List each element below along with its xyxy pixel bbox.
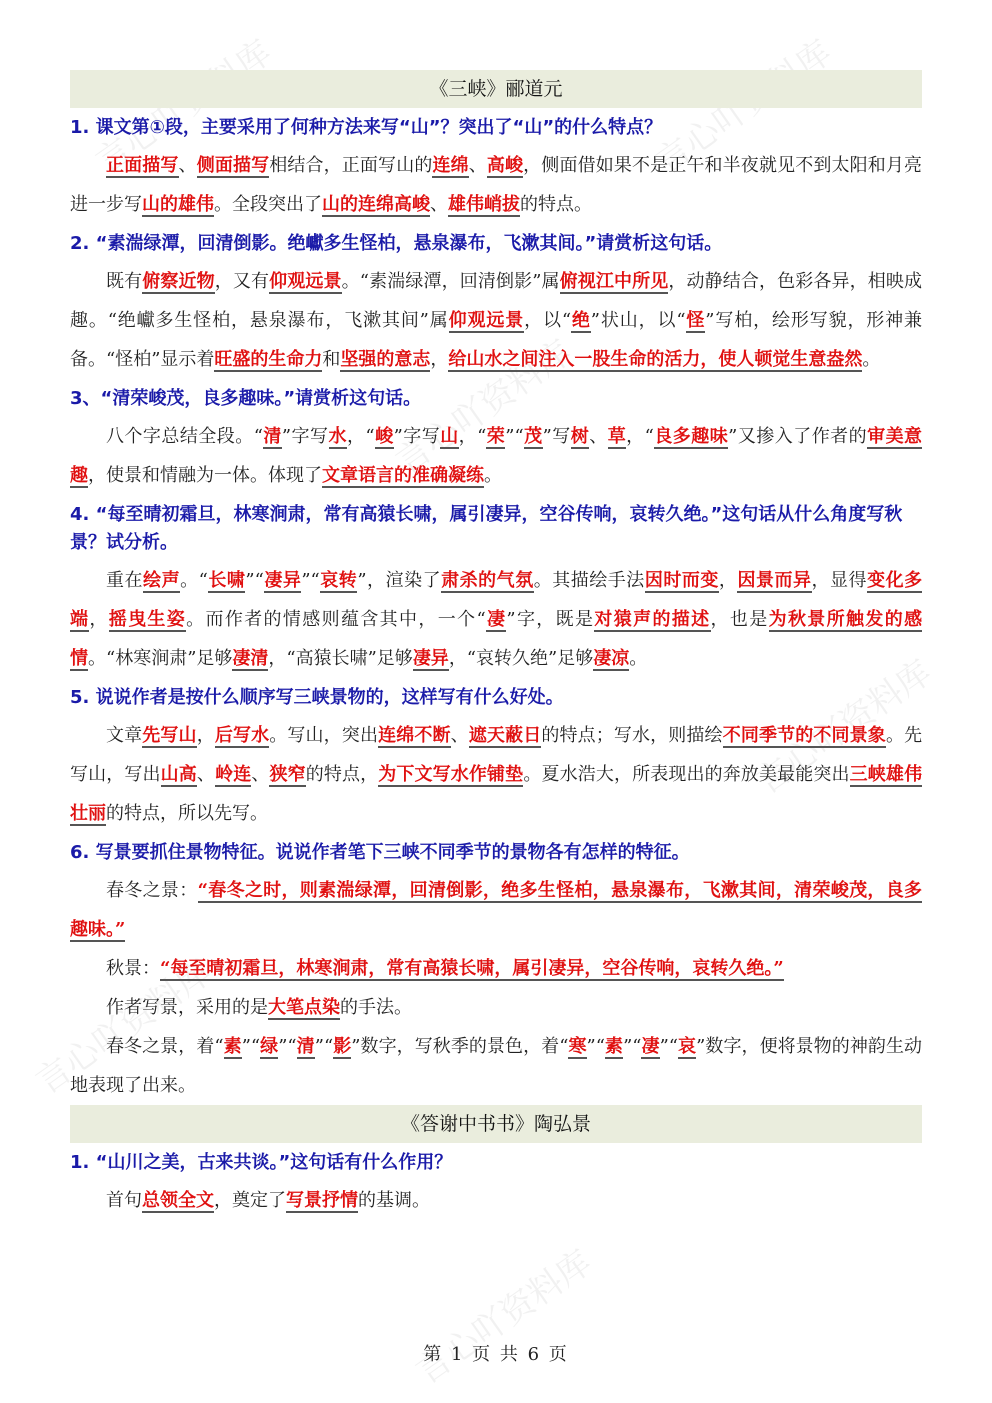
answer-text: 的特点。 — [520, 194, 592, 215]
answer-text: 相结合，正面写山的 — [269, 155, 432, 176]
answer-text: ”写 — [543, 426, 571, 447]
key-phrase: 凄异 — [413, 648, 449, 671]
answer-text: 文章 — [106, 725, 142, 746]
answer-text: ，显得 — [812, 570, 868, 591]
key-phrase: 哀转 — [320, 570, 358, 593]
section-title: 《三峡》郦道元 — [70, 70, 922, 108]
answer-text: 的特点；写水，则描绘 — [541, 725, 722, 746]
answer-text: 。 — [862, 349, 880, 370]
answer-text: ，奠定了 — [214, 1190, 286, 1211]
answer-text: ”“ — [245, 570, 263, 591]
key-phrase: 不同季节的不同景象 — [723, 725, 886, 748]
answer-text: ，“哀转久绝”足够 — [449, 648, 593, 669]
key-phrase: 正面描写 — [106, 155, 179, 178]
key-phrase: 高峻 — [487, 155, 523, 178]
answer-text: ，以“ — [524, 310, 571, 331]
key-phrase: 凄异 — [264, 570, 302, 593]
answer-text: ”“ — [242, 1036, 260, 1057]
key-phrase: 先写山 — [142, 725, 196, 748]
key-phrase: 给山水之间注入一股生命的活力，使人顿觉生意盎然 — [448, 349, 862, 372]
key-phrase: 摇曳生姿 — [109, 609, 186, 632]
answer-paragraph: 春冬之景，着“素”“绿”“清”“影”数字，写秋季的景色，着“寒”“素”“凄”“哀… — [70, 1027, 922, 1105]
answer-paragraph: 重在绘声。“长啸”“凄异”“哀转”，渲染了肃杀的气氛。其描绘手法因时而变，因景而… — [70, 561, 922, 678]
key-phrase: 茂 — [524, 426, 543, 449]
answer-paragraph: 文章先写山，后写水。写山，突出连绵不断、遮天蔽日的特点；写水，则描绘不同季节的不… — [70, 716, 922, 833]
answer-text: 、 — [451, 725, 469, 746]
key-phrase: 俯察近物 — [142, 271, 215, 294]
answer-text: ，“ — [626, 426, 654, 447]
key-phrase: 清 — [297, 1036, 315, 1059]
answer-text: ， — [197, 725, 215, 746]
answer-text: ，“ — [347, 426, 375, 447]
key-phrase: 旺盛的生命力 — [214, 349, 322, 372]
answer-text: 的特点， — [306, 764, 379, 785]
document-page: 《三峡》郦道元1. 课文第①段，主要采用了何种方法来写“山”？突出了“山”的什么… — [70, 70, 922, 1220]
answer-text: 、 — [589, 426, 607, 447]
question: 5. 说说作者是按什么顺序写三峡景物的，这样写有什么好处。 — [70, 684, 922, 712]
answer-text: 。写山，突出 — [269, 725, 378, 746]
answer-paragraph: 秋景：“每至晴初霜旦，林寒涧肃，常有高猿长啸，属引凄异，空谷传响，哀转久绝。” — [70, 949, 922, 988]
key-phrase: 大笔点染 — [268, 997, 340, 1020]
question: 4. “每至晴初霜旦，林寒涧肃，常有高猿长啸，属引凄异，空谷传响，哀转久绝。”这… — [70, 501, 922, 557]
question: 6. 写景要抓住景物特征。说说作者笔下三峡不同季节的景物各有怎样的特征。 — [70, 839, 922, 867]
answer-text: ”“ — [278, 1036, 296, 1057]
answer-paragraph: 既有俯察近物，又有仰观远景。“素湍绿潭，回清倒影”属俯视江中所见，动静结合，色彩… — [70, 262, 922, 379]
key-phrase: 树 — [571, 426, 589, 449]
key-phrase: 仰观远景 — [449, 310, 524, 333]
answer-text: 八个字总结全段。“ — [106, 426, 263, 447]
answer-text: ， — [719, 570, 738, 591]
key-phrase: 长啸 — [208, 570, 246, 593]
key-phrase: 良多趣味 — [654, 426, 728, 449]
key-phrase: 绿 — [260, 1036, 278, 1059]
answer-text: ”“ — [505, 426, 523, 447]
answer-text: 的基调。 — [358, 1190, 430, 1211]
answer-text: 重在 — [106, 570, 143, 591]
key-phrase: 山的雄伟 — [142, 194, 214, 217]
answer-paragraph: 春冬之景：“春冬之时，则素湍绿潭，回清倒影，绝多生怪柏，悬泉瀑布，飞漱其间，清荣… — [70, 871, 922, 949]
answer-paragraph: 作者写景，采用的是大笔点染的手法。 — [70, 988, 922, 1027]
answer-paragraph: 首句总领全文，奠定了写景抒情的基调。 — [70, 1181, 922, 1220]
key-phrase: 凄 — [486, 609, 507, 632]
answer-text: ”字写 — [394, 426, 441, 447]
section-title: 《答谢中书书》陶弘景 — [70, 1105, 922, 1143]
key-phrase: 狭窄 — [269, 764, 305, 787]
key-phrase: 俯视江中所见 — [560, 271, 669, 294]
answer-text: ”“ — [315, 1036, 333, 1057]
answer-text: ，“ — [459, 426, 487, 447]
key-phrase: “每至晴初霜旦，林寒涧肃，常有高猿长啸，属引凄异，空谷传响，哀转久绝。” — [160, 958, 784, 981]
answer-text: ，使景和情融为一体。体现了 — [88, 465, 322, 486]
answer-text: 和 — [322, 349, 340, 370]
key-phrase: 凄 — [641, 1036, 659, 1059]
key-phrase: 凄清 — [232, 648, 268, 671]
question: 2. “素湍绿潭，回清倒影。绝巘多生怪柏，悬泉瀑布，飞漱其间。”请赏析这句话。 — [70, 230, 922, 258]
answer-text: 。夏水浩大，所表现出的奔放美最能突出 — [523, 764, 849, 785]
key-phrase: 因时而变 — [645, 570, 719, 593]
question: 1. “山川之美，古来共谈。”这句话有什么作用？ — [70, 1149, 922, 1177]
key-phrase: 后写水 — [215, 725, 269, 748]
key-phrase: 仰观远景 — [269, 271, 342, 294]
answer-text: 、 — [430, 194, 448, 215]
answer-text: ，也是 — [711, 609, 769, 630]
answer-text: 、 — [251, 764, 269, 785]
page-footer: 第 1 页 共 6 页 — [0, 1340, 992, 1366]
answer-text: 的特点，所以先写。 — [106, 803, 268, 824]
key-phrase: 峻 — [375, 426, 394, 449]
key-phrase: 清 — [263, 426, 282, 449]
key-phrase: 对猿声的描述 — [594, 609, 710, 632]
key-phrase: 写景抒情 — [286, 1190, 358, 1213]
key-phrase: 肃杀的气氛 — [441, 570, 534, 593]
answer-text: 。而作者的情感则蕴含其中，一个“ — [186, 609, 486, 630]
answer-text: 。全段突出了 — [214, 194, 322, 215]
key-phrase: 凄凉 — [593, 648, 629, 671]
key-phrase: 绘声 — [143, 570, 180, 593]
answer-text: ”字，既是 — [506, 609, 594, 630]
key-phrase: 寒 — [568, 1036, 586, 1059]
answer-text: 。其描绘手法 — [534, 570, 645, 591]
answer-text: 。“林寒涧肃”足够 — [88, 648, 232, 669]
answer-text: ， — [430, 349, 448, 370]
answer-paragraph: 正面描写、侧面描写相结合，正面写山的连绵、高峻，侧面借如果不是正午和半夜就见不到… — [70, 146, 922, 224]
key-phrase: 连绵不断 — [378, 725, 451, 748]
key-phrase: 连绵 — [432, 155, 468, 178]
key-phrase: 怪 — [686, 310, 706, 333]
key-phrase: 岭连 — [215, 764, 251, 787]
answer-text: ”，渲染了 — [357, 570, 441, 591]
key-phrase: 素 — [605, 1036, 623, 1059]
key-phrase: 侧面描写 — [197, 155, 270, 178]
answer-text: 。“ — [180, 570, 208, 591]
answer-text: 的手法。 — [340, 997, 412, 1018]
key-phrase: 因景而异 — [737, 570, 811, 593]
answer-text: ，“高猿长啸”足够 — [268, 648, 412, 669]
answer-text: ”字写 — [282, 426, 329, 447]
question: 3、“清荣峻茂，良多趣味。”请赏析这句话。 — [70, 385, 922, 413]
answer-text: 春冬之景，着“ — [106, 1036, 224, 1057]
key-phrase: 文章语言的准确凝练 — [322, 465, 484, 488]
question: 1. 课文第①段，主要采用了何种方法来写“山”？突出了“山”的什么特点？ — [70, 114, 922, 142]
key-phrase: 草 — [608, 426, 626, 449]
answer-paragraph: 八个字总结全段。“清”字写水，“峻”字写山，“荣”“茂”写树、草，“良多趣味”又… — [70, 417, 922, 495]
answer-text: ”“ — [301, 570, 319, 591]
key-phrase: 山的连绵高峻 — [322, 194, 430, 217]
watermark: 言心吖资料库 — [404, 1236, 599, 1393]
key-phrase: 素 — [224, 1036, 242, 1059]
key-phrase: 水 — [329, 426, 347, 449]
answer-text: 首句 — [106, 1190, 142, 1211]
answer-text: ”“ — [623, 1036, 641, 1057]
key-phrase: 雄伟峭拔 — [448, 194, 520, 217]
answer-text: 。 — [629, 648, 647, 669]
answer-text: ”状山，以“ — [591, 310, 686, 331]
answer-text: 、 — [469, 155, 487, 176]
answer-text: ， — [89, 609, 108, 630]
key-phrase: 影 — [333, 1036, 351, 1059]
key-phrase: 坚强的意志 — [340, 349, 430, 372]
key-phrase: 荣 — [486, 426, 505, 449]
answer-text: ”“ — [660, 1036, 678, 1057]
key-phrase: 总领全文 — [142, 1190, 214, 1213]
answer-text: 既有 — [106, 271, 142, 292]
key-phrase: 山 — [440, 426, 458, 449]
answer-text: ”“ — [587, 1036, 605, 1057]
answer-text: 、 — [197, 764, 215, 785]
answer-text: 秋景： — [106, 958, 160, 979]
key-phrase: 山高 — [161, 764, 197, 787]
answer-text: ”又掺入了作者的 — [728, 426, 867, 447]
answer-text: 、 — [179, 155, 197, 176]
answer-text: 。 — [484, 465, 502, 486]
answer-text: ，又有 — [215, 271, 269, 292]
answer-text: 。“素湍绿潭，回清倒影”属 — [342, 271, 560, 292]
key-phrase: 为下文写水作铺垫 — [378, 764, 523, 787]
answer-text: ”数字，写秋季的景色，着“ — [351, 1036, 568, 1057]
answer-text: 作者写景，采用的是 — [106, 997, 268, 1018]
key-phrase: 绝 — [571, 310, 591, 333]
key-phrase: 遮天蔽日 — [469, 725, 542, 748]
key-phrase: 哀 — [678, 1036, 696, 1059]
key-phrase: “春冬之时，则素湍绿潭，回清倒影，绝多生怪柏，悬泉瀑布，飞漱其间，清荣峻茂，良多… — [70, 880, 922, 942]
answer-text: 春冬之景： — [106, 880, 198, 901]
